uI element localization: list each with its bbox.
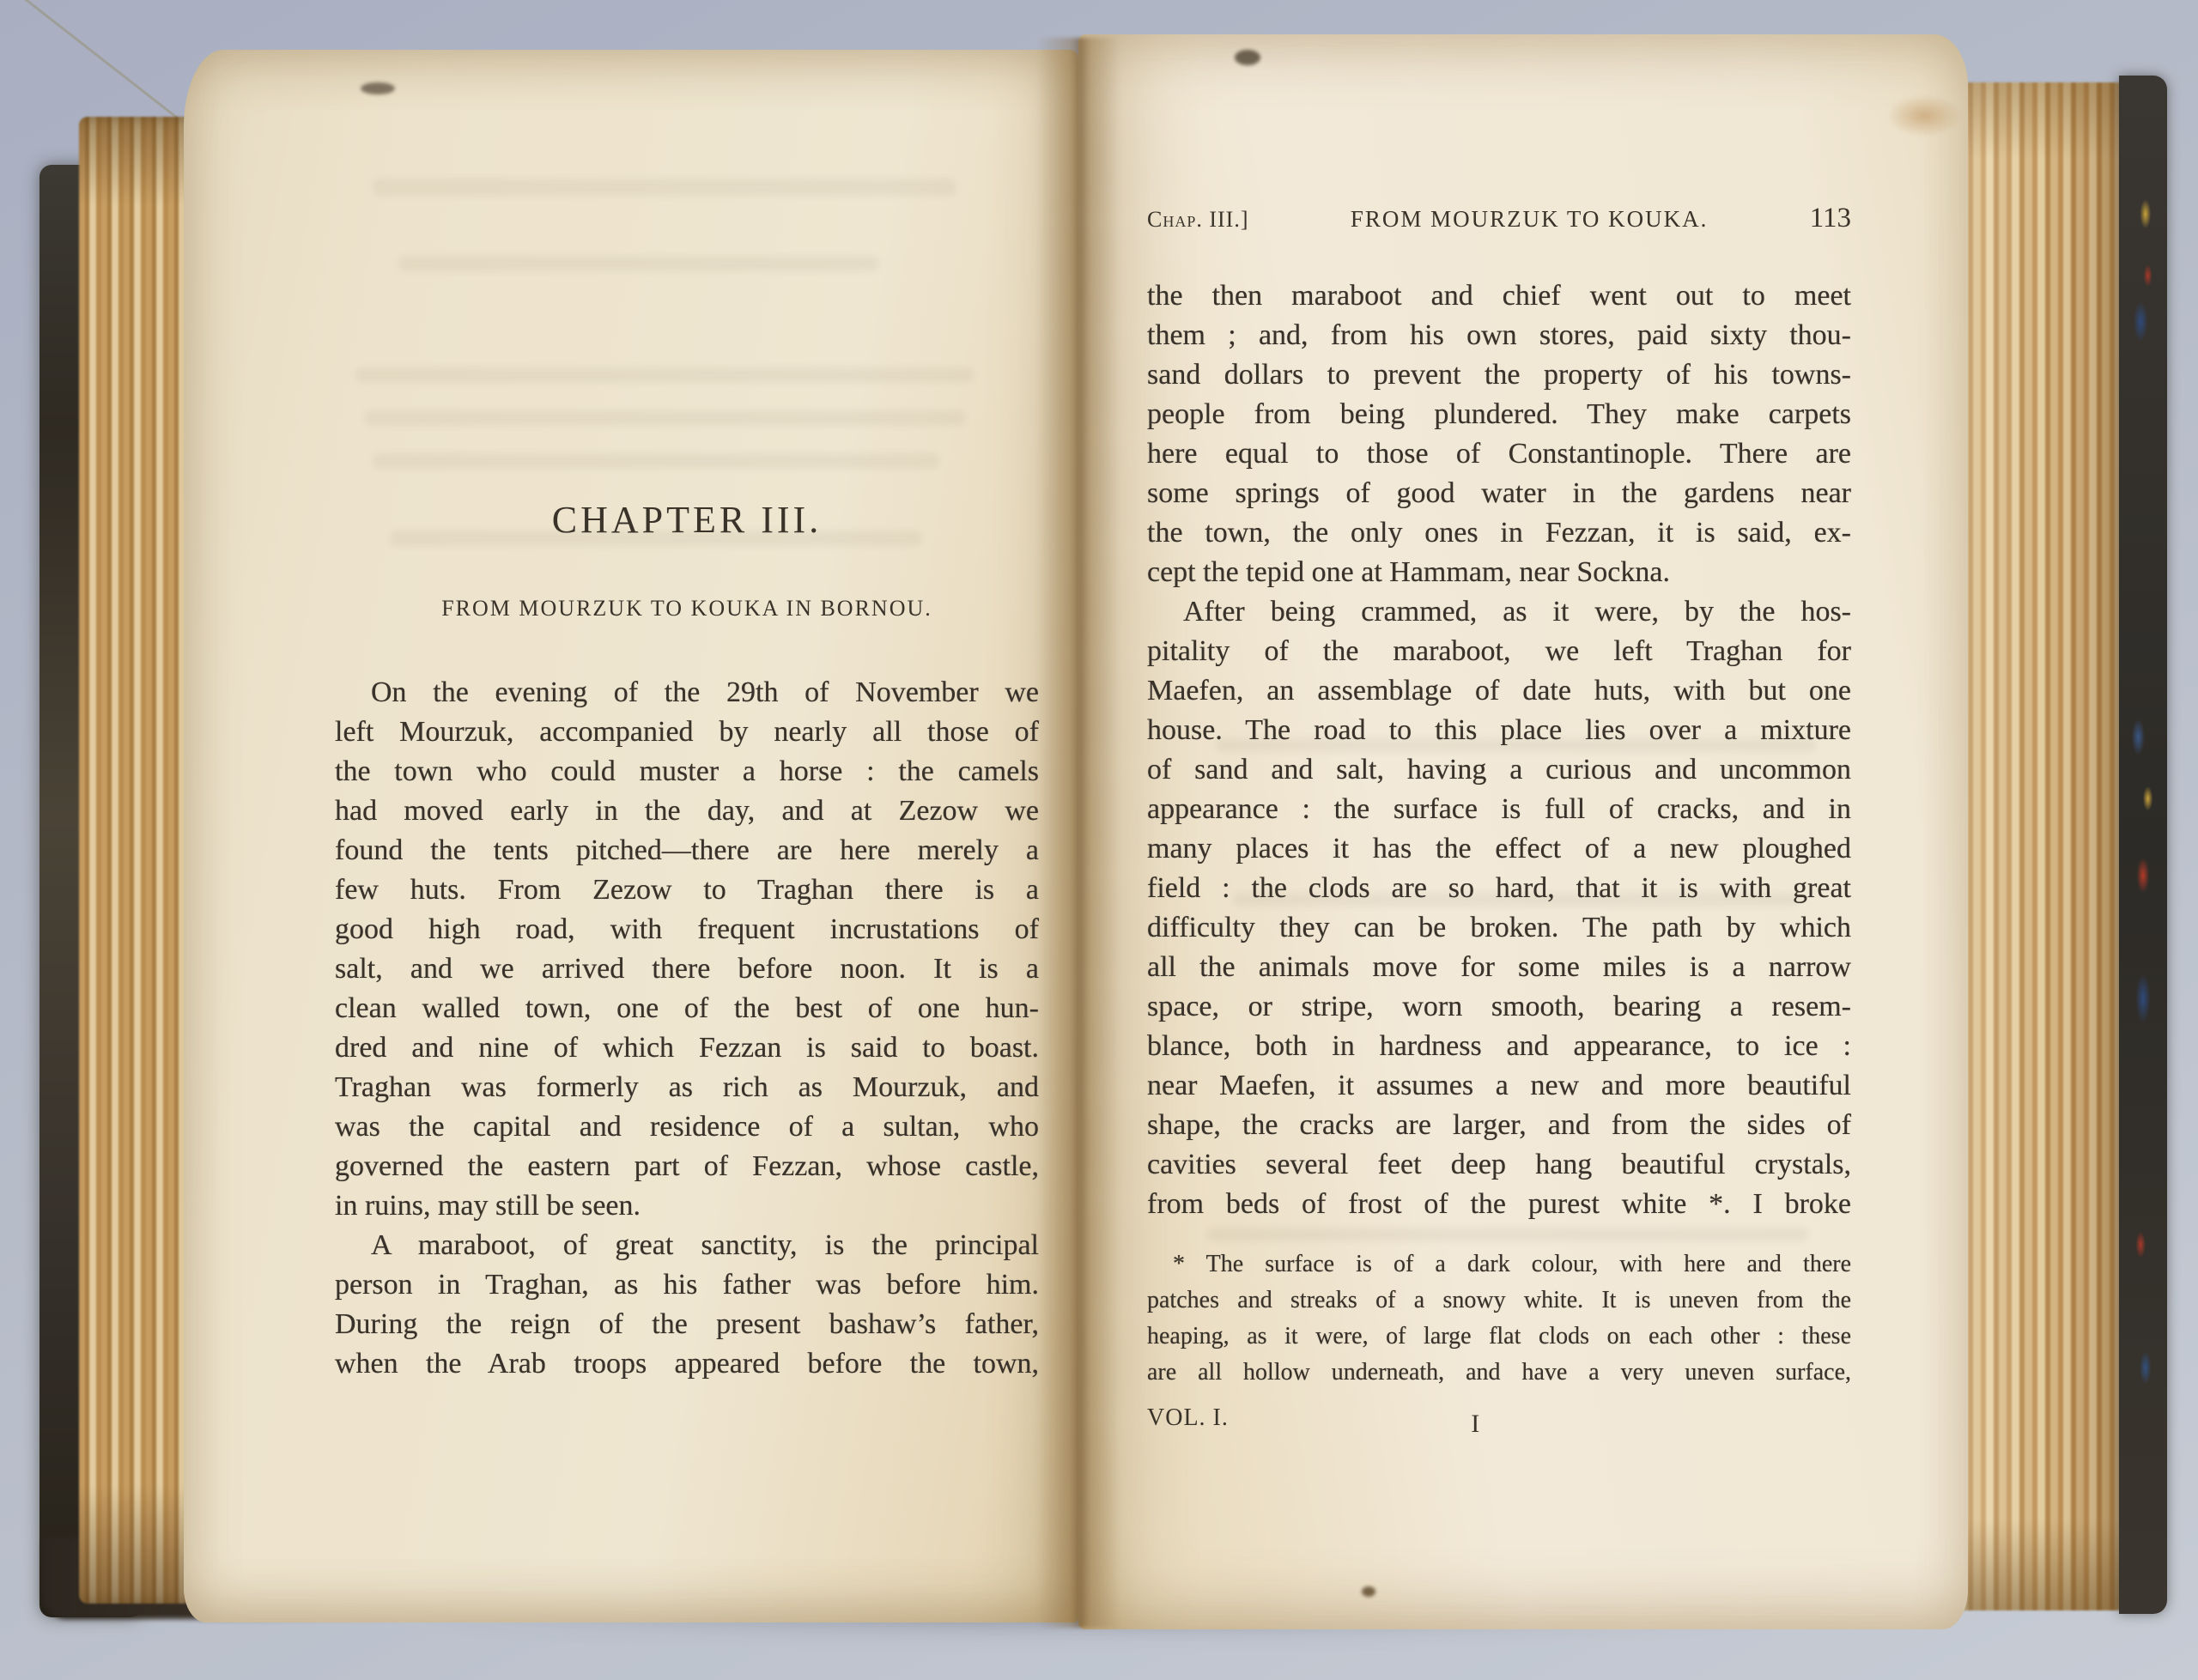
text-line: them ; and, from his own stores, paid si… bbox=[1147, 316, 1851, 355]
text-line: blance, both in hardness and appearance,… bbox=[1147, 1027, 1851, 1066]
gutter-shadow bbox=[1037, 38, 1120, 1628]
text-line: person in Traghan, as his father was bef… bbox=[335, 1265, 1039, 1305]
text-line: all the animals move for some miles is a… bbox=[1147, 948, 1851, 987]
text-line: good high road, with frequent incrustati… bbox=[335, 910, 1039, 949]
text-line: the town who could muster a horse : the … bbox=[335, 752, 1039, 791]
text-line: had moved early in the day, and at Zezow… bbox=[335, 791, 1039, 831]
text-line: patches and streaks of a snowy white. It… bbox=[1147, 1283, 1851, 1319]
footnote: * The surface is of a dark colour, with … bbox=[1147, 1246, 1851, 1391]
text-line: space, or stripe, worn smooth, bearing a… bbox=[1147, 987, 1851, 1027]
text-line: found the tents pitched—there are here m… bbox=[335, 831, 1039, 870]
text-line: shape, the cracks are larger, and from t… bbox=[1147, 1106, 1851, 1145]
text-line: After being crammed, as it were, by the … bbox=[1147, 592, 1851, 632]
text-line: clean walled town, one of the best of on… bbox=[335, 989, 1039, 1028]
right-page: Chap. III.] FROM MOURZUK TO KOUKA. 113 t… bbox=[1078, 34, 1968, 1629]
text-line: house. The road to this place lies over … bbox=[1147, 711, 1851, 750]
text-line: pitality of the maraboot, we left Tragha… bbox=[1147, 632, 1851, 671]
text-line: Traghan was formerly as rich as Mourzuk,… bbox=[335, 1068, 1039, 1107]
photo-open-book: CHAPTER III. FROM MOURZUK TO KOUKA IN BO… bbox=[0, 0, 2198, 1680]
chapter-heading: CHAPTER III. bbox=[335, 498, 1039, 542]
page-number: 113 bbox=[1810, 203, 1851, 234]
show-through-ghost bbox=[373, 179, 956, 196]
volume-label: VOL. I. bbox=[1147, 1404, 1229, 1431]
page-block-fore-edge-left bbox=[79, 117, 199, 1604]
right-page-body: the then maraboot and chief went out to … bbox=[1147, 276, 1851, 1224]
left-page: CHAPTER III. FROM MOURZUK TO KOUKA IN BO… bbox=[184, 50, 1078, 1622]
page-block-fore-edge-right bbox=[1947, 82, 2124, 1610]
text-line: salt, and we arrived there before noon. … bbox=[335, 949, 1039, 989]
show-through-ghost bbox=[373, 453, 939, 469]
page-footer: VOL. I. I bbox=[1147, 1404, 1851, 1432]
text-line: appearance : the surface is full of crac… bbox=[1147, 790, 1851, 829]
text-line: * The surface is of a dark colour, with … bbox=[1147, 1246, 1851, 1283]
text-line: the then maraboot and chief went out to … bbox=[1147, 276, 1851, 316]
left-page-body: On the evening of the 29th of November w… bbox=[335, 673, 1039, 1384]
text-line: here equal to those of Constantinople. T… bbox=[1147, 434, 1851, 474]
text-line: left Mourzuk, accompanied by nearly all … bbox=[335, 713, 1039, 752]
text-line: During the reign of the present bashaw’s… bbox=[335, 1305, 1039, 1344]
text-line: cept the tepid one at Hammam, near Sockn… bbox=[1147, 553, 1851, 592]
chapter-subtitle: FROM MOURZUK TO KOUKA IN BORNOU. bbox=[335, 596, 1039, 622]
foxing-spot bbox=[1362, 1586, 1375, 1597]
text-line: few huts. From Zezow to Traghan there is… bbox=[335, 870, 1039, 910]
text-line: from beds of frost of the purest white *… bbox=[1147, 1185, 1851, 1224]
text-line: when the Arab troops appeared before the… bbox=[335, 1344, 1039, 1384]
text-line: difficulty they can be broken. The path … bbox=[1147, 908, 1851, 948]
running-header: Chap. III.] FROM MOURZUK TO KOUKA. 113 bbox=[1147, 203, 1851, 234]
text-line: are all hollow underneath, and have a ve… bbox=[1147, 1355, 1851, 1391]
text-line: cavities several feet deep hang beautifu… bbox=[1147, 1145, 1851, 1185]
foxing-stain bbox=[1885, 94, 1963, 137]
show-through-ghost bbox=[398, 256, 879, 271]
text-line: On the evening of the 29th of November w… bbox=[335, 673, 1039, 713]
text-line: heaping, as it were, of large flat clods… bbox=[1147, 1319, 1851, 1355]
show-through-ghost bbox=[355, 367, 974, 383]
text-line: in ruins, may still be seen. bbox=[335, 1186, 1039, 1226]
gutter-top-speck bbox=[1235, 50, 1260, 65]
text-line: some springs of good water in the garden… bbox=[1147, 474, 1851, 513]
text-line: the town, the only ones in Fezzan, it is… bbox=[1147, 513, 1851, 553]
text-line: many places it has the effect of a new p… bbox=[1147, 829, 1851, 869]
text-line: governed the eastern part of Fezzan, who… bbox=[335, 1147, 1039, 1186]
text-line: was the capital and residence of a sulta… bbox=[335, 1107, 1039, 1147]
text-line: people from being plundered. They make c… bbox=[1147, 395, 1851, 434]
text-line: of sand and salt, having a curious and u… bbox=[1147, 750, 1851, 790]
book-cover-right-marbled-edge bbox=[2119, 76, 2167, 1614]
signature-mark: I bbox=[1471, 1410, 1479, 1439]
text-line: dred and nine of which Fezzan is said to… bbox=[335, 1028, 1039, 1068]
text-line: sand dollars to prevent the property of … bbox=[1147, 355, 1851, 395]
text-line: field : the clods are so hard, that it i… bbox=[1147, 869, 1851, 908]
running-header-title: FROM MOURZUK TO KOUKA. bbox=[1248, 206, 1809, 233]
text-line: Maefen, an assemblage of date huts, with… bbox=[1147, 671, 1851, 711]
text-line: near Maefen, it assumes a new and more b… bbox=[1147, 1066, 1851, 1106]
show-through-ghost bbox=[1207, 1228, 1808, 1241]
text-line: A maraboot, of great sanctity, is the pr… bbox=[335, 1226, 1039, 1265]
running-header-chapter: Chap. III.] bbox=[1147, 207, 1248, 233]
show-through-ghost bbox=[364, 410, 965, 426]
page-edge-speck bbox=[361, 82, 395, 94]
